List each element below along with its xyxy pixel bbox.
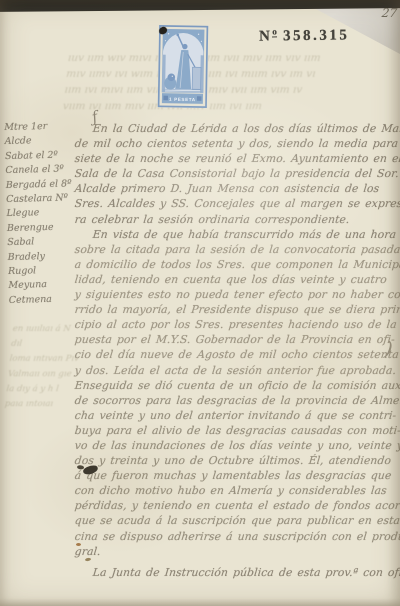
bleedthrough-line: mıv ıımv ıvı wım ıvıım mıv ıın ıvı mıım …: [65, 66, 397, 82]
attendee-name: Canela el 3º: [5, 163, 71, 179]
attendee-name: Cetmena: [9, 292, 75, 308]
manuscript-body: En la Ciudad de Lérida a los dos días úl…: [74, 121, 398, 580]
manuscript-line: La Junta de Instrucción pública de esta …: [74, 565, 400, 580]
attendee-name: Castelara Nº: [6, 191, 72, 207]
manuscript-line: lidad, teniendo en cuenta que los días v…: [74, 272, 400, 287]
faint-note-line: la dıy á y h l: [6, 382, 78, 397]
manuscript-line: Enseguida se dió cuenta de un oficio de …: [74, 378, 400, 393]
manuscript-line: ra celebrar la sesión ordinaria correspo…: [74, 212, 400, 227]
bleedthrough-line: ıım ıvı mıvı ıım vıım ıvı ıım mıv ıvıı ı…: [64, 82, 396, 98]
manuscript-line: cina se dispuso adherirse á una suscripc…: [74, 529, 400, 544]
manuscript-line: cipio al acto por los Sres. presentes ha…: [74, 317, 400, 332]
manuscript-line: con dicho motivo hubo en Almería y consi…: [74, 483, 400, 498]
manuscript-line: Sala de la Casa Consistorial bajo la pre…: [74, 166, 400, 181]
revenue-stamp-icon: 1 PESETA: [157, 25, 208, 109]
manuscript-line: a domicilio de todos los Sres. que compo…: [74, 257, 400, 272]
manuscript-line: Sres. Alcaldes y SS. Concejales que al m…: [74, 196, 400, 211]
page-bottom-shadow: [0, 598, 400, 606]
faint-margin-note: en ıuıılıaı á N dıl loma ıntıvan Pıv Val…: [4, 322, 83, 412]
manuscript-line: rrido la mayoría, el Presidente dispuso …: [74, 302, 400, 317]
manuscript-line: y siguientes esto no pueda tener efecto …: [74, 287, 400, 302]
serial-number: No 358.315: [259, 25, 350, 45]
attendee-name: Mtre 1er Alcde: [4, 119, 71, 150]
manuscript-line: que se acuda á la suscripción que para p…: [74, 513, 400, 528]
manuscript-line: En vista de que había transcurrido más d…: [74, 227, 400, 242]
faint-note-line: en ıuıılıaı á N dıl: [10, 322, 83, 352]
scanned-manuscript-page: ıuv ıım wıv mıvı ıvm ıım vıım ıvıı mıv ı…: [0, 0, 400, 606]
paper-stain: [76, 543, 81, 546]
faint-note-line: loma ıntıvan Pıv: [9, 352, 81, 367]
serial-prefix: N: [259, 28, 273, 44]
manuscript-line: buya para el alivio de las desgracias ca…: [74, 423, 400, 438]
manuscript-line: vo de las inundaciones de los días veint…: [74, 438, 400, 453]
manuscript-line: Alcalde primero D. Juan Mensa con asiste…: [74, 181, 400, 196]
manuscript-line: gral.: [74, 544, 400, 559]
manuscript-line: pérdidas, y teniendo en cuenta el estado…: [74, 498, 400, 513]
bleedthrough-text: ıuv ıım wıv mıvı ıvm ıım vıım ıvıı mıv ı…: [62, 50, 399, 114]
faint-note-line: paıa ıntoıaı: [4, 397, 76, 412]
bleedthrough-line: vıım ıvı ıım mıv ıım ıvıı mıv ıım ıvı ıı…: [62, 98, 394, 114]
manuscript-line: En la Ciudad de Lérida a los dos días úl…: [74, 121, 400, 136]
margin-attendee-list: Mtre 1er Alcde Sabat el 2º Canela el 3º …: [4, 119, 75, 308]
manuscript-line: y dos. Leída el acta de la sesión anteri…: [74, 363, 400, 378]
stamp-denomination-text: 1 PESETA: [169, 97, 196, 102]
manuscript-line: dos y treinta y uno de Octubre últimos. …: [74, 453, 400, 468]
manuscript-line: sobre la citada para la sesión de la con…: [74, 242, 400, 257]
stamp-plinth: [192, 67, 201, 89]
manuscript-line: cha veinte y uno del anterior invitando …: [74, 408, 400, 423]
manuscript-line: puesta por el M.Y.S. Gobernador de la Pr…: [74, 332, 400, 347]
faint-note-line: Valmaıı oın gıe: [7, 367, 79, 382]
serial-prefix-ordinal: o: [272, 26, 277, 37]
manuscript-line: á que fueron muchas y lamentables las de…: [74, 468, 400, 483]
bleedthrough-line: ıuv ıım wıv mıvı ıvm ıım vıım ıvıı mıv ı…: [67, 50, 399, 66]
serial-digits: 358.315: [283, 27, 349, 44]
manuscript-line: de socorros para las desgracias de la pr…: [74, 393, 400, 408]
manuscript-line: de mil ocho cientos setenta y dos, siend…: [74, 136, 400, 151]
manuscript-line: cio del día nueve de Agosto de mil ocho …: [74, 347, 400, 362]
manuscript-line: siete de la noche se reunió el Exmo. Ayu…: [74, 151, 400, 166]
